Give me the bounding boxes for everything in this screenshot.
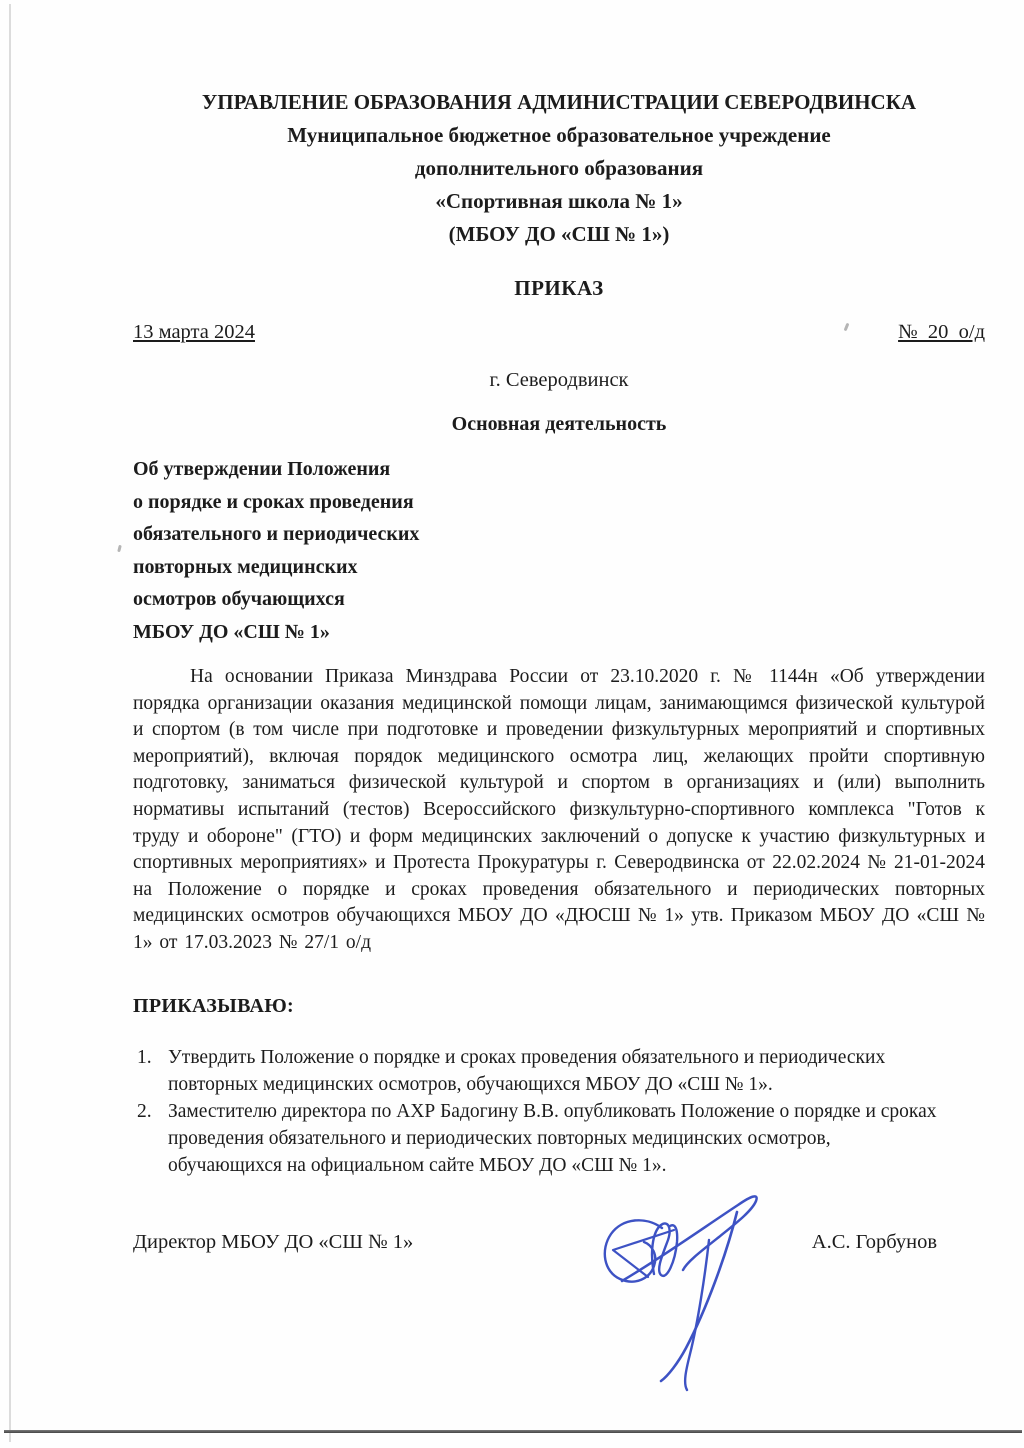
- scan-artifact: [117, 545, 122, 553]
- order-item: 1. Утвердить Положение о порядке и срока…: [133, 1044, 985, 1098]
- order-body-paragraph: На основании Приказа Минздрава России от…: [133, 664, 985, 957]
- page-edge-line: [9, 4, 11, 1442]
- order-items-list: 1. Утвердить Положение о порядке и срока…: [133, 1044, 985, 1179]
- org-line: «Спортивная школа № 1»: [133, 185, 985, 218]
- item-number: 2.: [133, 1098, 168, 1125]
- order-date: 13 марта 2024: [133, 317, 255, 347]
- scan-bottom-edge: [4, 1430, 1022, 1433]
- scanned-order-document: УПРАВЛЕНИЕ ОБРАЗОВАНИЯ АДМИНИСТРАЦИИ СЕВ…: [0, 0, 1024, 1448]
- org-line: Муниципальное бюджетное образовательное …: [133, 119, 985, 152]
- item-number: 1.: [133, 1044, 168, 1071]
- order-item: 2. Заместителю директора по АХР Бадогину…: [133, 1098, 985, 1179]
- subject-line: обязательного и периодических: [133, 518, 985, 551]
- city-line: г. Северодвинск: [133, 365, 985, 395]
- order-number: № 20 о/д: [898, 317, 985, 347]
- subject-line: осмотров обучающихся: [133, 583, 985, 616]
- activity-category: Основная деятельность: [133, 409, 985, 439]
- subject-line: о порядке и сроках проведения: [133, 486, 985, 519]
- subject-line: повторных медицинских: [133, 551, 985, 584]
- date-number-row: 13 марта 2024 № 20 о/д: [133, 317, 985, 347]
- signer-name: А.С. Горбунов: [812, 1227, 937, 1257]
- organization-header: УПРАВЛЕНИЕ ОБРАЗОВАНИЯ АДМИНИСТРАЦИИ СЕВ…: [133, 0, 985, 251]
- org-line: УПРАВЛЕНИЕ ОБРАЗОВАНИЯ АДМИНИСТРАЦИИ СЕВ…: [133, 86, 985, 119]
- item-text: Заместителю директора по АХР Бадогину В.…: [168, 1098, 946, 1179]
- subject-line: МБОУ ДО «СШ № 1»: [133, 616, 985, 649]
- resolution-heading: ПРИКАЗЫВАЮ:: [133, 993, 985, 1020]
- document-content: УПРАВЛЕНИЕ ОБРАЗОВАНИЯ АДМИНИСТРАЦИИ СЕВ…: [133, 0, 985, 1257]
- org-line: дополнительного образования: [133, 152, 985, 185]
- subject-line: Об утверждении Положения: [133, 453, 985, 486]
- document-type-title: ПРИКАЗ: [133, 272, 985, 305]
- signer-position: Директор МБОУ ДО «СШ № 1»: [133, 1227, 413, 1257]
- org-line: (МБОУ ДО «СШ № 1»): [133, 218, 985, 251]
- order-subject: Об утверждении Положения о порядке и сро…: [133, 453, 985, 648]
- item-text: Утвердить Положение о порядке и сроках п…: [168, 1044, 946, 1098]
- signature-block: Директор МБОУ ДО «СШ № 1» А.С. Горбунов: [133, 1227, 985, 1257]
